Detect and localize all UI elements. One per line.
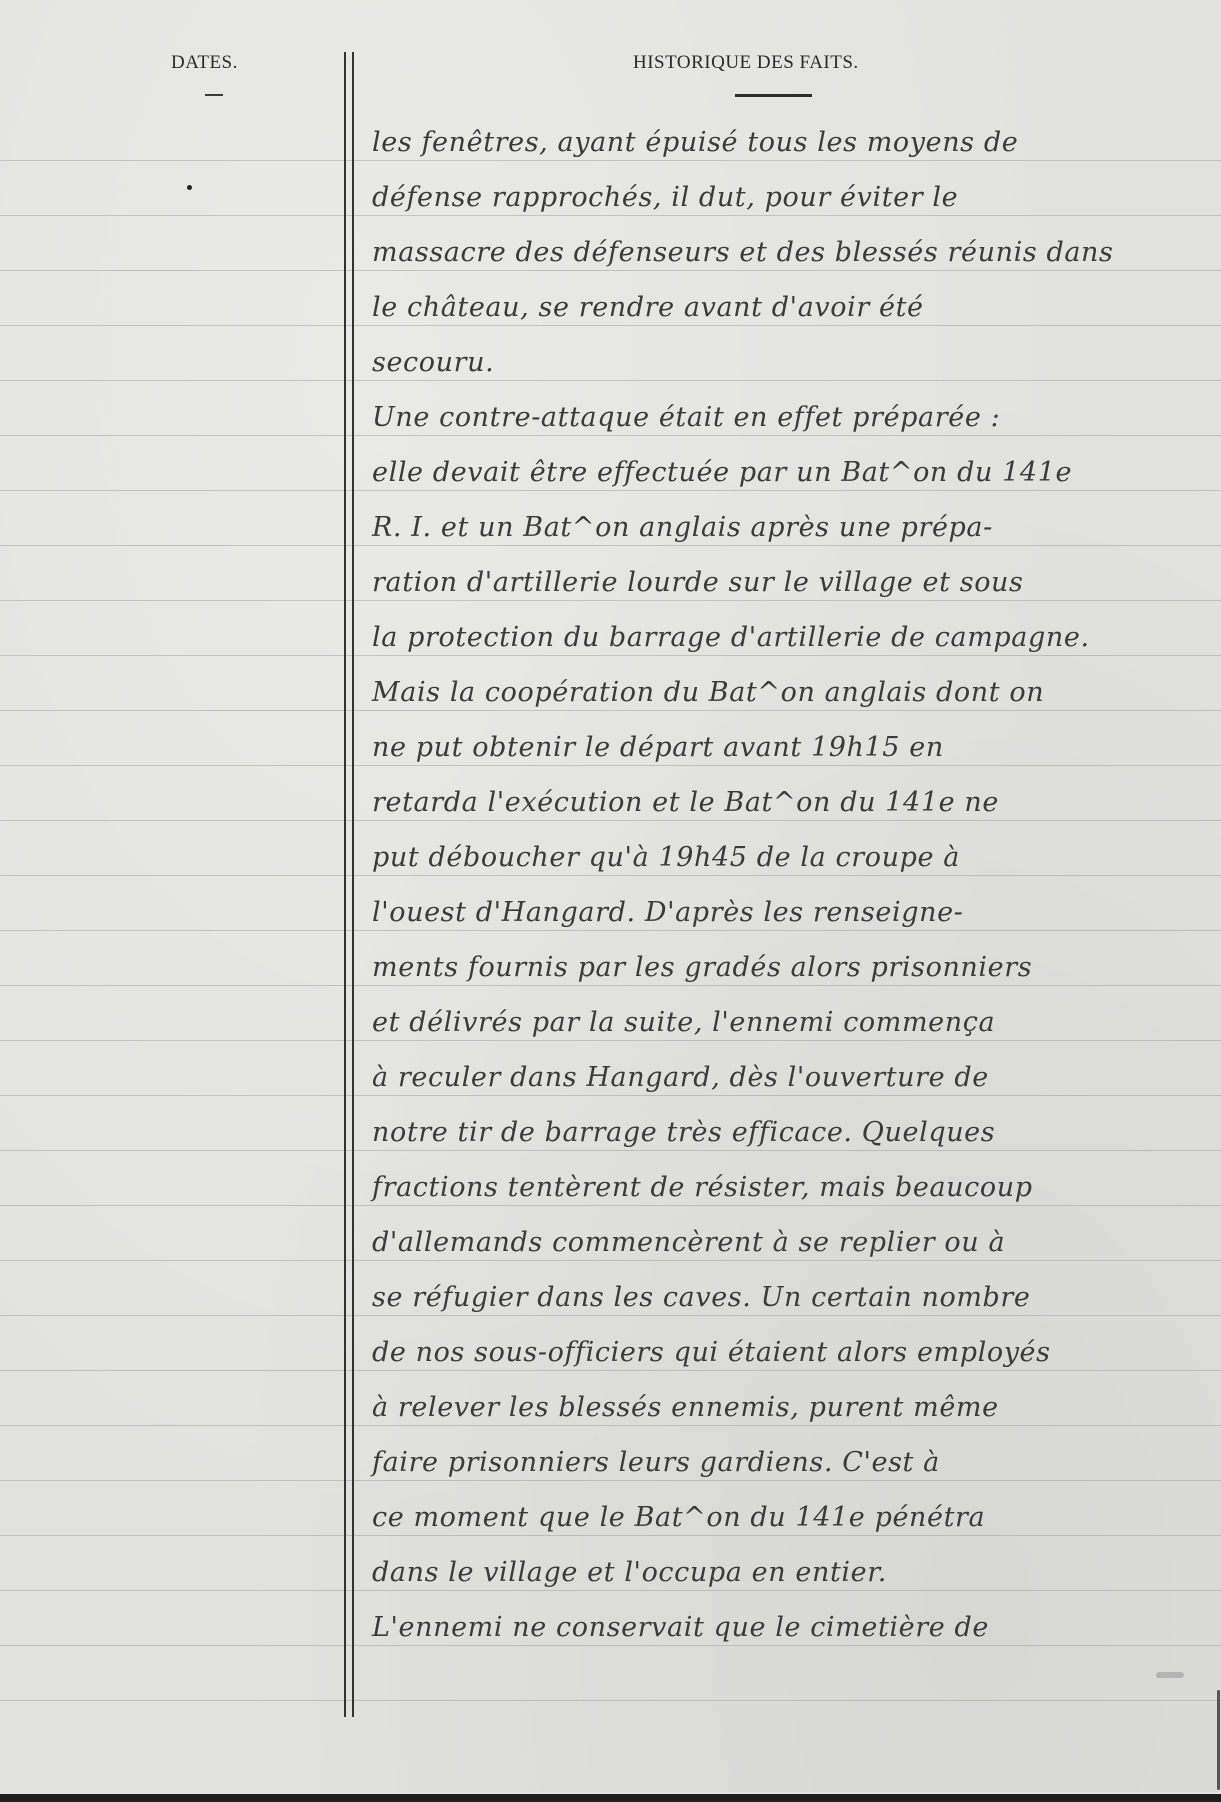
handwritten-line: notre tir de barrage très efficace. Quel… [372, 1108, 1207, 1158]
handwritten-line: elle devait être effectuée par un Bat^on… [372, 448, 1207, 498]
handwritten-line: de nos sous-officiers qui étaient alors … [372, 1328, 1207, 1378]
handwritten-line: Une contre-attaque était en effet prépar… [372, 393, 1207, 443]
dates-header-dash [205, 94, 223, 96]
handwritten-line: ration d'artillerie lourde sur le villag… [372, 558, 1207, 608]
handwritten-line: put déboucher qu'à 19h45 de la croupe à [372, 833, 1207, 883]
handwritten-line: se réfugier dans les caves. Un certain n… [372, 1273, 1207, 1323]
handwritten-line: faire prisonniers leurs gardiens. C'est … [372, 1438, 1207, 1488]
document-page: DATES. HISTORIQUE DES FAITS. les fenêtre… [0, 0, 1221, 1792]
handwritten-line: à relever les blessés ennemis, purent mê… [372, 1383, 1207, 1433]
margin-smudge [1156, 1672, 1184, 1678]
handwritten-line: retarda l'exécution et le Bat^on du 141e… [372, 778, 1207, 828]
margin-ink-mark [1217, 1690, 1220, 1790]
handwritten-line: Mais la coopération du Bat^on anglais do… [372, 668, 1207, 718]
handwritten-line: défense rapprochés, il dut, pour éviter … [372, 173, 1207, 223]
handwritten-line: d'allemands commencèrent à se replier ou… [372, 1218, 1207, 1268]
historique-column-header: HISTORIQUE DES FAITS. [633, 52, 859, 74]
handwritten-line: et délivrés par la suite, l'ennemi comme… [372, 998, 1207, 1048]
handwritten-line: dans le village et l'occupa en entier. [372, 1548, 1207, 1598]
handwritten-line: le château, se rendre avant d'avoir été [372, 283, 1207, 333]
handwritten-line: L'ennemi ne conservait que le cimetière … [372, 1603, 1207, 1653]
handwritten-line: R. I. et un Bat^on anglais après une pré… [372, 503, 1207, 553]
handwritten-line: les fenêtres, ayant épuisé tous les moye… [372, 118, 1207, 168]
handwritten-line: ne put obtenir le départ avant 19h15 en [372, 723, 1207, 773]
handwritten-line: fractions tentèrent de résister, mais be… [372, 1163, 1207, 1213]
historique-header-rule [735, 94, 812, 97]
handwritten-line: à reculer dans Hangard, dès l'ouverture … [372, 1053, 1207, 1103]
ink-dot [187, 185, 192, 190]
dates-column-header: DATES. [171, 52, 238, 74]
handwritten-line: ce moment que le Bat^on du 141e pénétra [372, 1493, 1207, 1543]
handwritten-line: ments fournis par les gradés alors priso… [372, 943, 1207, 993]
ruled-line [0, 1700, 1221, 1701]
handwritten-line: l'ouest d'Hangard. D'après les renseigne… [372, 888, 1207, 938]
scan-bottom-edge [0, 1794, 1221, 1802]
column-separator-right [352, 52, 354, 1717]
handwritten-line: massacre des défenseurs et des blessés r… [372, 228, 1207, 278]
handwritten-line: la protection du barrage d'artillerie de… [372, 613, 1207, 663]
column-separator-left [344, 52, 346, 1717]
handwritten-line: secouru. [372, 338, 1207, 388]
